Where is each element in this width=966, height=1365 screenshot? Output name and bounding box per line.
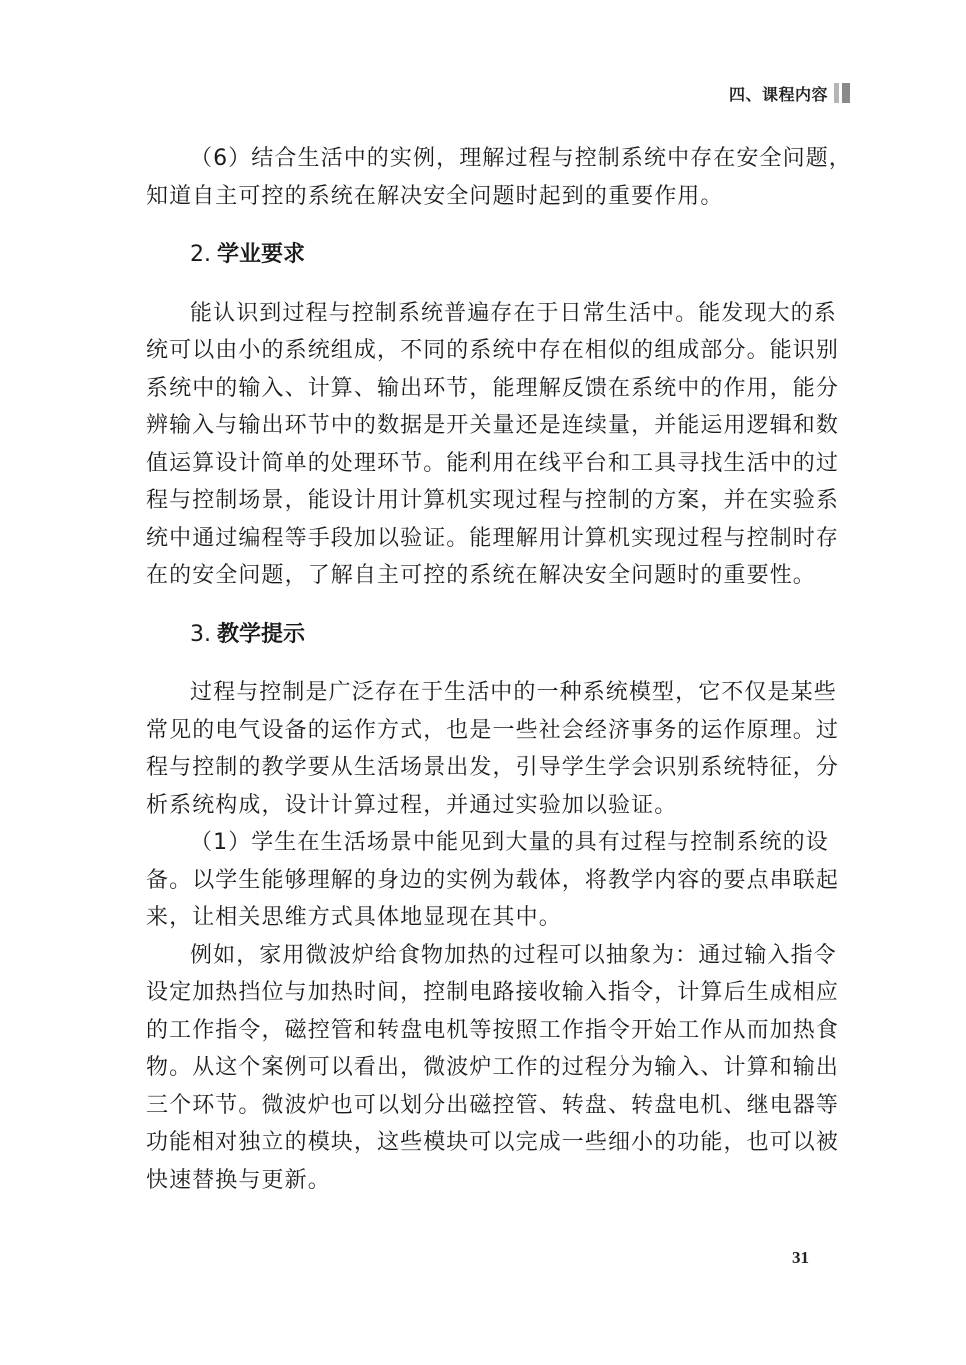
text-line: 常见的电气设备的运作方式，也是一些社会经济事务的运作原理。过 [146,712,826,750]
text-line: 例如，家用微波炉给食物加热的过程可以抽象为：通过输入指令 [146,937,826,975]
text-line: 来，让相关思维方式具体地显现在其中。 [146,899,826,937]
text-line: 统中通过编程等手段加以验证。能理解用计算机实现过程与控制时存 [146,520,826,558]
text-line: 能认识到过程与控制系统普遍存在于日常生活中。能发现大的系 [146,295,826,333]
section-number: 2. [190,242,211,267]
text-line: （1）学生在生活场景中能见到大量的具有过程与控制系统的设 [146,824,826,862]
text-line: 过程与控制是广泛存在于生活中的一种系统模型，它不仅是某些 [146,674,826,712]
running-header-title: 四、课程内容 [729,82,828,105]
text-line: 析系统构成，设计计算过程，并通过实验加以验证。 [146,787,826,825]
section-heading-teaching-tips: 3.教学提示 [146,616,826,654]
text-line: 功能相对独立的模块，这些模块可以完成一些细小的功能，也可以被 [146,1124,826,1162]
text-line: 辨输入与输出环节中的数据是开关量还是连续量，并能运用逻辑和数 [146,407,826,445]
page-body: （6）结合生活中的实例，理解过程与控制系统中存在安全问题， 知道自主可控的系统在… [146,140,826,1199]
header-marker-bar-dark [842,83,850,103]
text-line: 知道自主可控的系统在解决安全问题时起到的重要作用。 [146,178,826,216]
running-header: 四、课程内容 [700,80,850,106]
text-line: 的工作指令，磁控管和转盘电机等按照工作指令开始工作从而加热食 [146,1012,826,1050]
header-marker-icon [834,83,850,103]
text-line: 设定加热挡位与加热时间，控制电路接收输入指令，计算后生成相应 [146,974,826,1012]
text-line: 备。以学生能够理解的身边的实例为载体，将教学内容的要点串联起 [146,862,826,900]
text-line: 系统中的输入、计算、输出环节，能理解反馈在系统中的作用，能分 [146,370,826,408]
section-number: 3. [190,622,211,647]
paragraph-item-6: （6）结合生活中的实例，理解过程与控制系统中存在安全问题， 知道自主可控的系统在… [146,140,826,215]
section-title: 学业要求 [217,242,305,267]
text-line: 快速替换与更新。 [146,1162,826,1200]
paragraph-academic-requirements: 能认识到过程与控制系统普遍存在于日常生活中。能发现大的系 统可以由小的系统组成，… [146,295,826,595]
section-title: 教学提示 [217,622,305,647]
text-line: （6）结合生活中的实例，理解过程与控制系统中存在安全问题， [146,140,826,178]
text-line: 三个环节。微波炉也可以划分出磁控管、转盘、转盘电机、继电器等 [146,1087,826,1125]
text-line: 物。从这个案例可以看出，微波炉工作的过程分为输入、计算和输出 [146,1049,826,1087]
paragraph-microwave-example: 例如，家用微波炉给食物加热的过程可以抽象为：通过输入指令 设定加热挡位与加热时间… [146,937,826,1200]
text-line: 值运算设计简单的处理环节。能利用在线平台和工具寻找生活中的过 [146,445,826,483]
text-line: 在的安全问题，了解自主可控的系统在解决安全问题时的重要性。 [146,557,826,595]
page-number: 31 [792,1248,809,1268]
paragraph-teaching-item-1: （1）学生在生活场景中能见到大量的具有过程与控制系统的设 备。以学生能够理解的身… [146,824,826,937]
header-marker-bar-light [834,83,839,103]
section-heading-academic-requirements: 2.学业要求 [146,236,826,274]
paragraph-teaching-intro: 过程与控制是广泛存在于生活中的一种系统模型，它不仅是某些 常见的电气设备的运作方… [146,674,826,824]
text-line: 统可以由小的系统组成，不同的系统中存在相似的组成部分。能识别 [146,332,826,370]
text-line: 程与控制场景，能设计用计算机实现过程与控制的方案，并在实验系 [146,482,826,520]
text-line: 程与控制的教学要从生活场景出发，引导学生学会识别系统特征，分 [146,749,826,787]
